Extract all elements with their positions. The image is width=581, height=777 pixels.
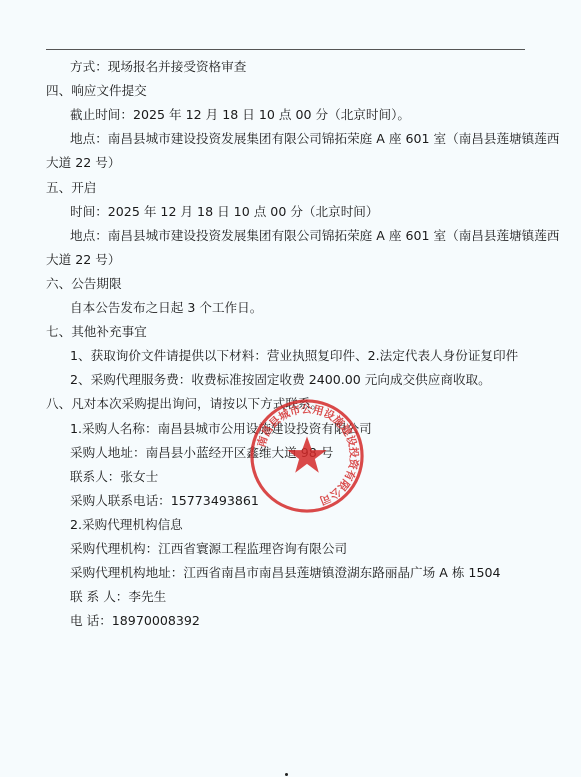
body-line: 采购代理机构：江西省寰源工程监理咨询有限公司 (70, 540, 347, 558)
body-line: 2、采购代理服务费：收费标准按固定收费 2400.00 元向成交供应商收取。 (70, 371, 491, 389)
body-line: 大道 22 号） (46, 251, 120, 269)
section-heading: 五、开启 (46, 179, 96, 197)
body-line: 1、获取询价文件请提供以下材料：营业执照复印件、2.法定代表人身份证复印件 (70, 347, 518, 365)
body-line: 采购代理机构地址：江西省南昌市南昌县莲塘镇澄湖东路丽晶广场 A 栋 1504 (70, 564, 501, 582)
body-line: 地点：南昌县城市建设投资发展集团有限公司锦拓荣庭 A 座 601 室（南昌县莲塘… (70, 130, 559, 148)
section-heading: 八、凡对本次采购提出询问，请按以下方式联系。 (46, 395, 323, 413)
page-mark (285, 773, 288, 776)
body-line: 联系人：张女士 (70, 468, 158, 486)
body-line: 时间：2025 年 12 月 18 日 10 点 00 分（北京时间） (70, 203, 379, 221)
body-line: 联 系 人：李先生 (70, 588, 166, 606)
body-line: 大道 22 号） (46, 154, 120, 172)
body-line: 采购人联系电话：15773493861 (70, 492, 259, 510)
body-line: 2.采购代理机构信息 (70, 516, 183, 534)
body-line: 采购人地址：南昌县小蓝经开区鑫维大道 98 号 (70, 444, 333, 462)
body-line: 截止时间：2025 年 12 月 18 日 10 点 00 分（北京时间）。 (70, 106, 410, 124)
body-line: 地点：南昌县城市建设投资发展集团有限公司锦拓荣庭 A 座 601 室（南昌县莲塘… (70, 227, 559, 245)
body-line: 电 话：18970008392 (70, 612, 200, 630)
section-heading: 七、其他补充事宜 (46, 323, 147, 341)
body-line: 方式：现场报名并接受资格审查 (70, 58, 246, 76)
body-line: 自本公告发布之日起 3 个工作日。 (70, 299, 262, 317)
header-rule (46, 49, 525, 50)
body-line: 1.采购人名称：南昌县城市公用设施建设投资有限公司 (70, 420, 372, 438)
section-heading: 四、响应文件提交 (46, 82, 147, 100)
section-heading: 六、公告期限 (46, 275, 122, 293)
